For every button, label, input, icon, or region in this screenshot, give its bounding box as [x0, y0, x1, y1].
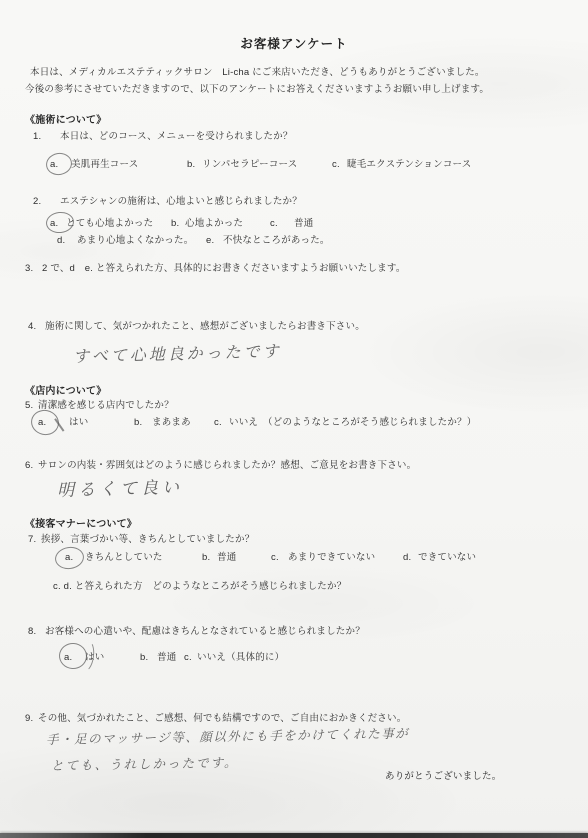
form-title: お客様アンケート — [0, 38, 588, 51]
intro-line-1: 本日は、メディカルエステティックサロン Li-cha にご来店いただき、どうもあ… — [30, 66, 485, 79]
question-9-text: その他、気づかれたこと、ご感想、何でも結構ですので、ご自由におかきください。 — [38, 713, 406, 724]
option-key: c. — [270, 217, 294, 230]
option-key: c. — [332, 158, 347, 171]
option-label: きちんとしていた — [85, 552, 163, 563]
handwritten-answer-q9-line2: とても、うれしかったです。 — [51, 753, 239, 774]
question-5-number: 5. — [25, 399, 38, 412]
answer-circle-q1 — [44, 151, 73, 177]
option-key: b. — [140, 651, 157, 664]
option-label: できていない — [418, 552, 476, 563]
question-7-number: 7. — [28, 533, 41, 546]
q2-option-e: e.不快なところがあった。 — [206, 234, 330, 247]
answer-circle-q7 — [54, 545, 86, 571]
question-9: 9.その他、気づかれたこと、ご感想、何でも結構ですので、ご自由におかきください。 — [25, 712, 406, 725]
option-key: b. — [134, 416, 152, 429]
option-label: いいえ （どのようなところがそう感じられましたか？） — [229, 417, 476, 428]
question-1-number: 1. — [33, 130, 60, 143]
question-4-text: 施術に関して、気がつかれたこと、感想がございましたらお書き下さい。 — [45, 321, 365, 332]
q1-option-b: b.リンパセラピーコース — [187, 158, 297, 171]
q5-options: a.はい b.まあまあ c.いいえ （どのようなところがそう感じられましたか？） — [0, 416, 588, 430]
section-heading-interior: 《店内について》 — [25, 385, 106, 398]
section-heading-treatment: 《施術について》 — [25, 114, 106, 127]
q7-followup-note: c. d. と答えられた方 どのようなところがそう感じられましたか？ — [53, 580, 346, 593]
scan-edge-shadow — [0, 833, 588, 838]
option-label: あまり心地よくなかった。 — [77, 235, 193, 246]
option-label: あまりできていない — [288, 552, 375, 563]
question-9-number: 9. — [25, 712, 38, 725]
q7-options: a.きちんとしていた b.普通 c.あまりできていない d.できていない — [0, 551, 588, 565]
q2-options-row-1: a.とても心地よかった b.心地よかった c.普通 — [0, 217, 588, 231]
question-8-text: お客様への心遣いや、配慮はきちんとなされていると感じられましたか？ — [45, 626, 365, 637]
option-key: c. — [271, 551, 288, 564]
question-2-number: 2. — [33, 195, 60, 208]
question-7-text: 挨拶、言葉づかい等、きちんとしていましたか？ — [41, 534, 254, 545]
handwritten-answer-q6: 明るくて良い — [57, 473, 184, 501]
question-8-number: 8. — [28, 625, 45, 638]
question-1: 1.本日は、どのコース、メニューを受けられましたか？ — [33, 130, 293, 143]
option-label: 普通 — [217, 552, 236, 563]
question-2: 2.エステシャンの施術は、心地よいと感じられましたか？ — [33, 195, 302, 208]
option-label: 美肌再生コース — [71, 159, 138, 170]
option-key: d. — [403, 551, 418, 564]
q7-option-b: b.普通 — [202, 551, 236, 564]
handwritten-answer-q4: すべて心地良かったです — [73, 339, 282, 367]
question-1-text: 本日は、どのコース、メニューを受けられましたか？ — [60, 131, 293, 142]
q7-option-c: c.あまりできていない — [271, 551, 375, 564]
option-key: b. — [187, 158, 202, 171]
q1-options: a.美肌再生コース b.リンパセラピーコース c.睫毛エクステンションコース — [0, 158, 588, 172]
question-3: 3.2 で、d e. と答えられた方、具体的にお書きくださいますようお願いいたし… — [25, 262, 406, 275]
question-7: 7.挨拶、言葉づかい等、きちんとしていましたか？ — [28, 533, 254, 546]
question-4-number: 4. — [28, 320, 45, 333]
question-6-number: 6. — [25, 459, 38, 472]
option-key: c. — [184, 651, 197, 664]
option-label: 不快なところがあった。 — [223, 235, 330, 246]
option-label: いいえ（具体的に） — [197, 652, 284, 663]
question-3-number: 3. — [25, 262, 42, 275]
option-key: d. — [57, 234, 77, 247]
option-label: 心地よかった — [185, 218, 243, 229]
q1-option-c: c.睫毛エクステンションコース — [332, 158, 471, 171]
section-heading-manner: 《接客マナーについて》 — [25, 518, 137, 531]
q2-option-c: c.普通 — [270, 217, 313, 230]
option-label: まあまあ — [152, 417, 191, 428]
question-5-text: 清潔感を感じる店内でしたか？ — [38, 400, 174, 411]
q2-option-d: d.あまり心地よくなかった。 — [57, 234, 193, 247]
option-label: 普通 — [157, 652, 176, 663]
q5-option-c: c.いいえ （どのようなところがそう感じられましたか？） — [214, 416, 476, 429]
option-label: 普通 — [294, 218, 313, 229]
closing-thanks: ありがとうございました。 — [385, 770, 501, 783]
q8-option-c: c.いいえ（具体的に） — [184, 651, 284, 664]
question-4: 4.施術に関して、気がつかれたこと、感想がございましたらお書き下さい。 — [28, 320, 365, 333]
scanned-survey-form: お客様アンケート 本日は、メディカルエステティックサロン Li-cha にご来店… — [0, 0, 588, 838]
question-6: 6.サロンの内装・雰囲気はどのように感じられましたか？感想、ご意見をお書き下さい… — [25, 459, 416, 472]
q2-options-row-2: d.あまり心地よくなかった。 e.不快なところがあった。 — [0, 234, 588, 248]
option-label: 睫毛エクステンションコース — [347, 159, 471, 170]
option-key: c. — [214, 416, 229, 429]
option-key: b. — [202, 551, 217, 564]
q8-option-b: b.普通 — [140, 651, 176, 664]
option-key: e. — [206, 234, 223, 247]
intro-line-2: 今後の参考にさせていただきますので、以下のアンケートにお答えくださいますようお願… — [25, 83, 489, 96]
q5-option-b: b.まあまあ — [134, 416, 191, 429]
question-3-text: 2 で、d e. と答えられた方、具体的にお書きくださいますようお願いいたします… — [42, 263, 406, 274]
q7-option-d: d.できていない — [403, 551, 476, 564]
question-6-text: サロンの内装・雰囲気はどのように感じられましたか？感想、ご意見をお書き下さい。 — [38, 460, 416, 471]
question-2-text: エステシャンの施術は、心地よいと感じられましたか？ — [60, 196, 302, 207]
handwritten-answer-q9-line1: 手・足のマッサージ等、顔以外にも手をかけてくれた事が — [46, 724, 410, 748]
option-key: b. — [171, 217, 185, 230]
option-label: とても心地よかった — [66, 218, 153, 229]
option-label: リンパセラピーコース — [202, 159, 297, 170]
option-label: はい — [69, 417, 88, 428]
question-8: 8.お客様への心遣いや、配慮はきちんとなされていると感じられましたか？ — [28, 625, 365, 638]
q2-option-b: b.心地よかった — [171, 217, 243, 230]
